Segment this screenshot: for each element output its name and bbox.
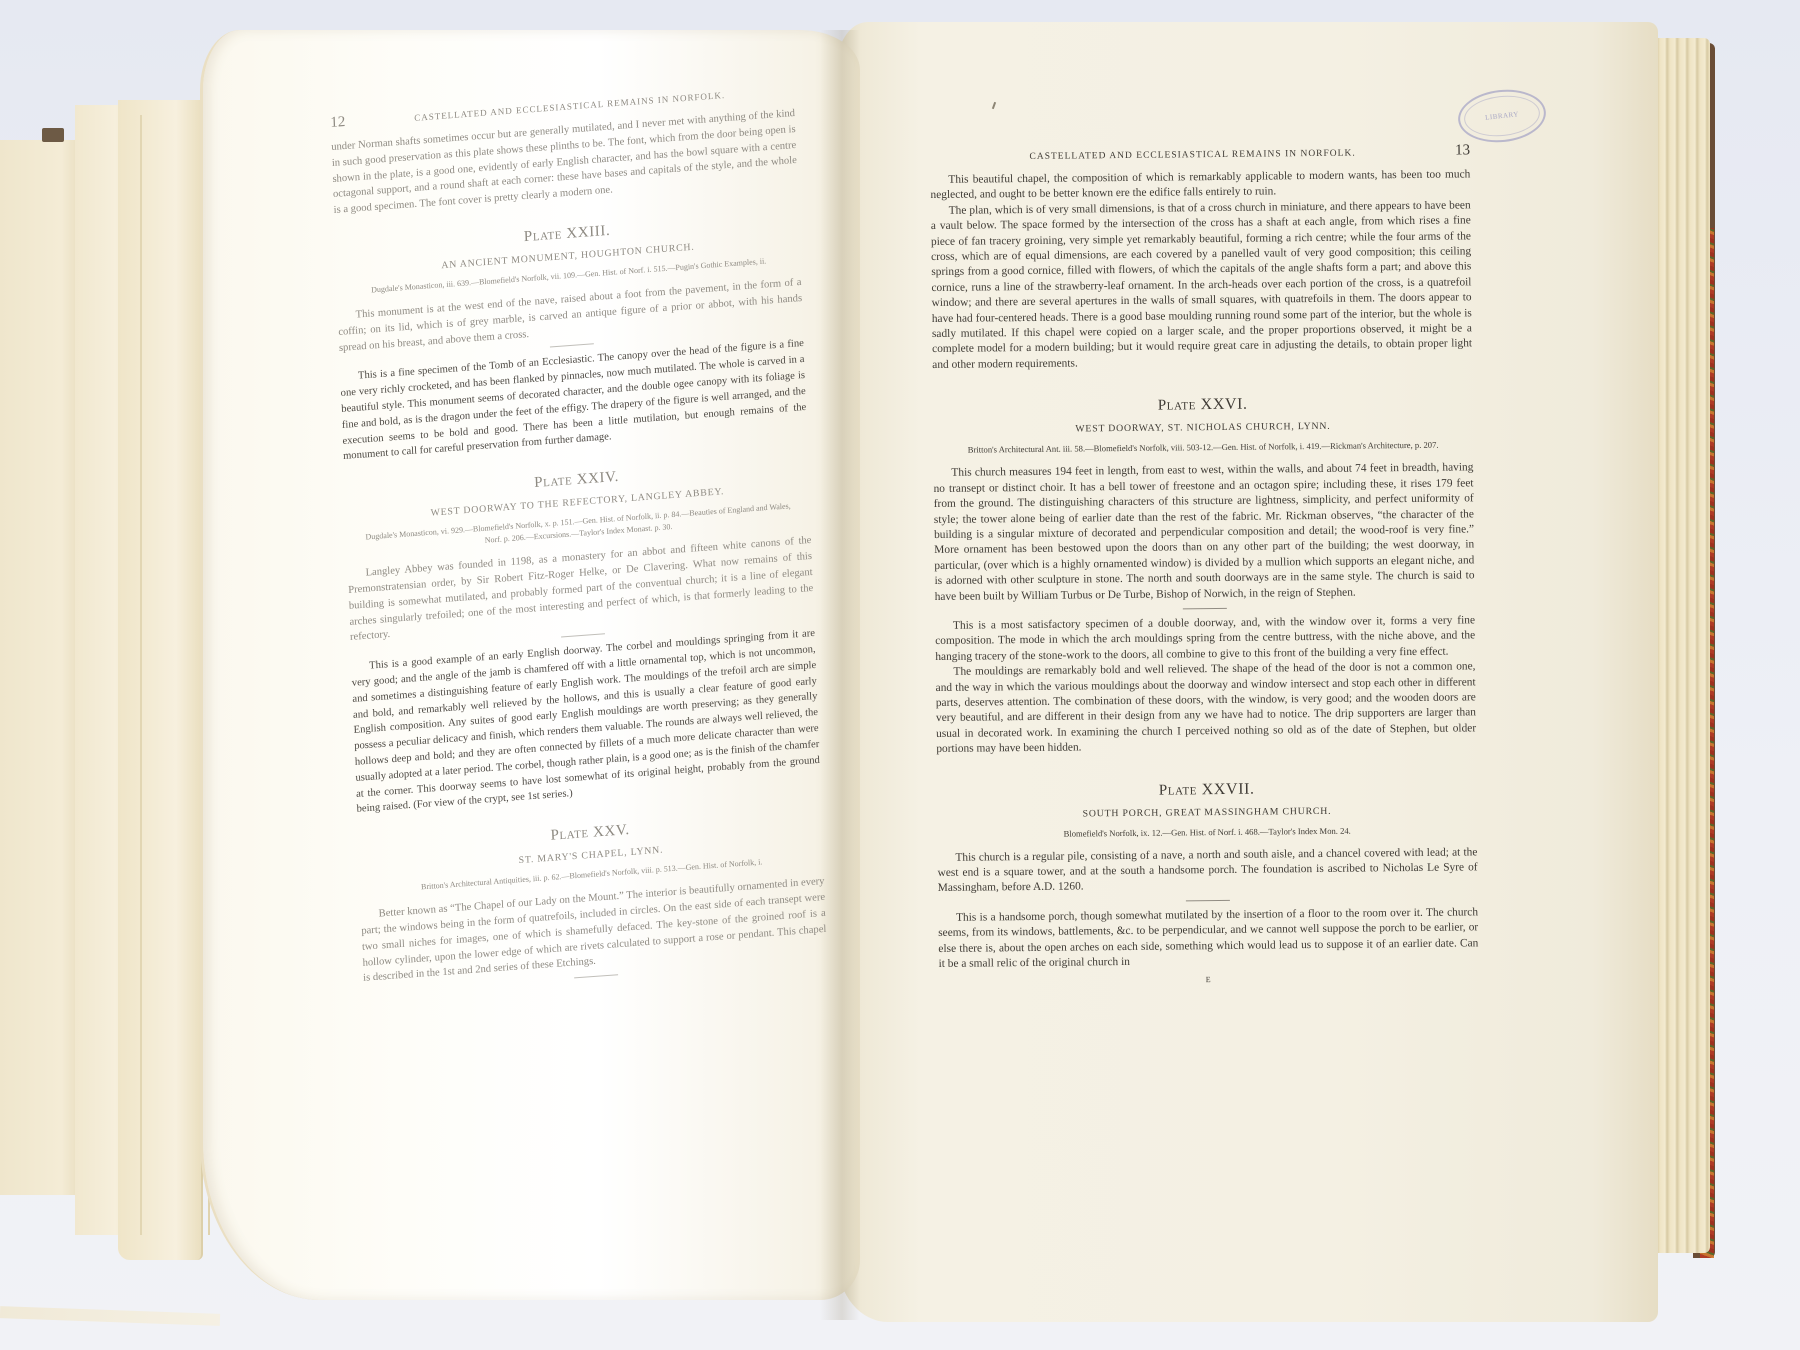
- left-cover-corner: [42, 128, 64, 142]
- paragraph: This church measures 194 feet in length,…: [933, 461, 1474, 605]
- running-title: Castellated and Ecclesiastical Remains i…: [930, 148, 1455, 163]
- paragraph: This is a most satisfactory specimen of …: [935, 613, 1475, 665]
- plate-references: Britton's Architectural Ant. iii. 58.—Bl…: [943, 439, 1463, 456]
- section-rule: [1186, 900, 1230, 901]
- section-rule: [549, 344, 593, 348]
- right-page-text: Castellated and Ecclesiastical Remains i…: [930, 142, 1479, 987]
- section-rule: [574, 974, 618, 978]
- paragraph: The mouldings are remarkably bold and we…: [935, 659, 1476, 757]
- plate-subtitle: West Doorway, St. Nicholas Church, Lynn.: [933, 420, 1473, 437]
- section-rule: [1183, 608, 1227, 609]
- page-number: 13: [1455, 142, 1470, 159]
- paragraph: This is a handsome porch, though somewha…: [938, 905, 1479, 972]
- plate-heading: Plate XXVI.: [933, 394, 1473, 418]
- paragraph: This church is a regular pile, consistin…: [937, 845, 1477, 897]
- plate-subtitle: South Porch, Great Massingham Church.: [937, 804, 1477, 821]
- section-rule: [561, 633, 605, 637]
- page-number: 12: [330, 114, 346, 132]
- plate-references: Blomefield's Norfolk, ix. 12.—Gen. Hist.…: [947, 823, 1467, 840]
- gutter-shadow: [820, 30, 860, 1320]
- desk-edge: [0, 1306, 220, 1326]
- plate-heading: Plate XXVII.: [937, 778, 1477, 802]
- paragraph: The plan, which is of very small dimensi…: [931, 198, 1473, 373]
- paragraph: This is a good example of an early Engli…: [351, 626, 821, 818]
- open-book-photo: LIBRARY 12 Castellated and Ecclesiastica…: [0, 0, 1800, 1350]
- paragraph: This is a fine specimen of the Tomb of a…: [340, 336, 807, 465]
- left-page-text: 12 Castellated and Ecclesiastical Remain…: [330, 81, 828, 1001]
